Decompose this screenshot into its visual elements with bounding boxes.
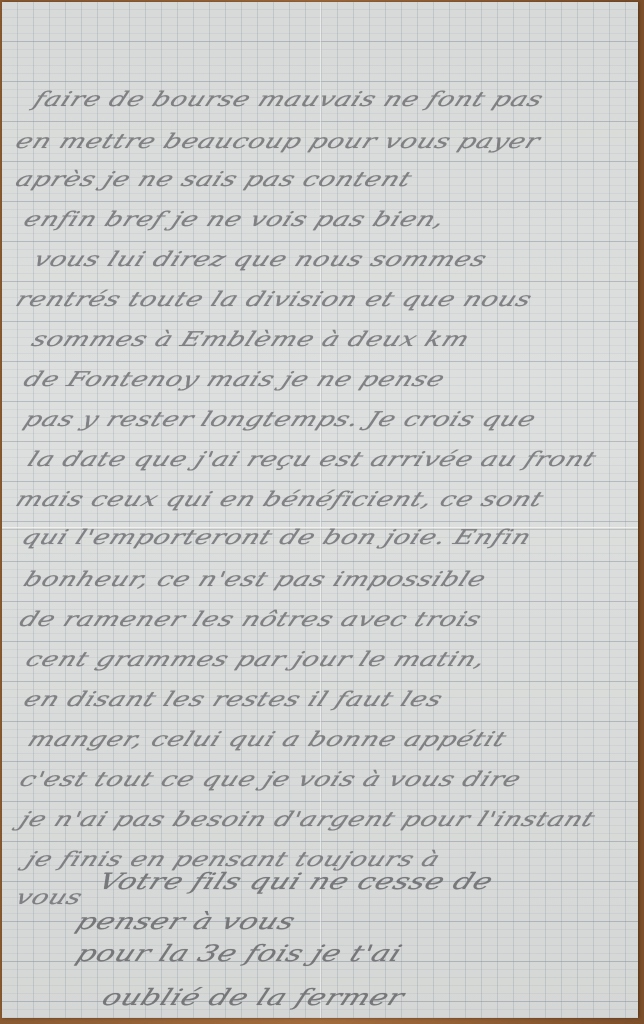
letter-line: en mettre beaucoup pour vous payer	[12, 130, 544, 153]
letter-line: pas y rester longtemps. Je crois que	[20, 408, 540, 431]
letter-line: la date que j'ai reçu est arrivée au fro…	[24, 448, 600, 471]
letter-line: vous lui direz que nous sommes	[30, 248, 490, 271]
letter-line: cent grammes par jour le matin,	[22, 648, 489, 671]
letter-line: je n'ai pas besoin d'argent pour l'insta…	[16, 808, 599, 831]
letter-line: en disant les restes il faut les	[20, 688, 446, 711]
letter-line: c'est tout ce que je vois à vous dire	[16, 768, 525, 791]
letter-line: de ramener les nôtres avec trois	[16, 608, 485, 631]
letter-line: je finis en pensant toujours à	[22, 848, 444, 871]
handwritten-body: faire de bourse mauvais ne font pasen me…	[2, 2, 638, 1018]
signature-line: oublié de la fermer	[98, 985, 408, 1011]
signature-line: Votre fils qui ne cesse de	[94, 869, 497, 895]
letter-line: mais ceux qui en bénéficient, ce sont	[12, 488, 547, 511]
letter-paper: faire de bourse mauvais ne font pasen me…	[2, 2, 638, 1018]
letter-line: rentrés toute la division et que nous	[12, 288, 536, 311]
letter-line: sommes à Emblème à deux km	[28, 328, 473, 351]
letter-line: vous	[12, 886, 86, 909]
letter-line: bonheur, ce n'est pas impossible	[20, 568, 490, 591]
letter-line: manger, celui qui a bonne appétit	[24, 728, 510, 751]
letter-line: qui l'emporteront de bon joie. Enfin	[18, 526, 535, 549]
signature-line: penser à vous	[72, 909, 300, 935]
letter-line: de Fontenoy mais je ne pense	[20, 368, 449, 391]
letter-line: faire de bourse mauvais ne font pas	[30, 88, 547, 111]
signature-line: pour la 3e fois je t'ai	[72, 941, 406, 967]
letter-line: enfin bref je ne vois pas bien,	[20, 208, 449, 231]
letter-line: après je ne sais pas content	[12, 168, 416, 191]
